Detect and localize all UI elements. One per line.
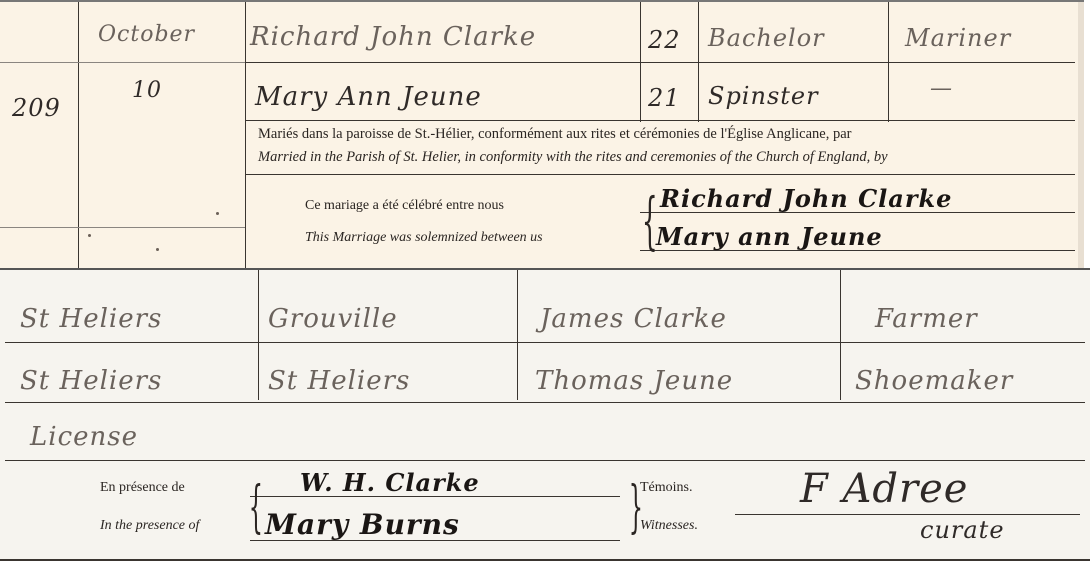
officiant-signature: F Adree: [800, 466, 968, 512]
faint-rule: [0, 62, 245, 63]
groom-father-name: James Clarke: [540, 304, 727, 334]
witness-1-signature: W. H. Clarke: [300, 468, 480, 497]
bride-occupation: —: [930, 76, 953, 101]
bride-signature: Mary ann Jeune: [656, 222, 883, 251]
marriage-by-license: License: [30, 422, 138, 452]
married-text-fr: Mariés dans la paroisse de St.-Hélier, c…: [258, 126, 852, 143]
groom-family-row-rule: [5, 342, 1085, 343]
bride-age: 21: [648, 84, 681, 112]
groom-signature: Richard John Clarke: [660, 184, 952, 213]
column-rule-father: [840, 270, 841, 400]
column-rule-number: [78, 2, 79, 270]
officiant-title: curate: [920, 516, 1005, 544]
ink-speck: [88, 234, 91, 237]
groom-condition: Bachelor: [708, 24, 825, 52]
entry-number: 209: [12, 94, 61, 122]
witnesses-text-en: Witnesses.: [640, 518, 698, 534]
groom-age: 22: [648, 26, 681, 54]
groom-row-rule: [245, 62, 1075, 63]
faint-rule-lower: [0, 227, 245, 228]
bride-residence: St Heliers: [20, 366, 162, 396]
bride-row-rule: [245, 120, 1075, 121]
license-rule: [5, 460, 1085, 461]
column-rule-birthplace: [517, 270, 518, 400]
witness-brace-left: {: [249, 480, 263, 536]
ink-speck: [156, 248, 159, 251]
presence-text-fr: En présence de: [100, 480, 185, 496]
ink-speck: [216, 212, 219, 215]
groom-occupation: Mariner: [905, 24, 1011, 52]
solemnized-text-fr: Ce mariage a été célébré entre nous: [305, 198, 504, 214]
marriage-day: 10: [132, 78, 162, 103]
groom-birthplace: Grouville: [268, 304, 398, 334]
bride-family-row-rule: [5, 402, 1085, 403]
column-rule-residence: [258, 270, 259, 400]
groom-father-occupation: Farmer: [875, 304, 978, 334]
witness-2-signature: Mary Burns: [265, 508, 460, 541]
presence-text-en: In the presence of: [100, 518, 199, 534]
solemnized-text-en: This Marriage was solemnized between us: [305, 230, 543, 246]
column-rule-date: [245, 2, 246, 270]
married-text-en: Married in the Parish of St. Helier, in …: [258, 149, 888, 166]
bride-father-name: Thomas Jeune: [535, 366, 733, 396]
marriage-month: October: [98, 22, 195, 47]
register-top-section: 209 October 10 Richard John Clarke 22 Ba…: [0, 0, 1084, 268]
bride-name: Mary Ann Jeune: [255, 82, 482, 112]
groom-name: Richard John Clarke: [250, 22, 536, 52]
witnesses-text-fr: Témoins.: [640, 480, 693, 496]
by-rule: [245, 174, 1075, 175]
bride-father-occupation: Shoemaker: [855, 366, 1013, 396]
groom-residence: St Heliers: [20, 304, 162, 334]
page-edge: [1078, 2, 1084, 270]
bride-condition: Spinster: [708, 82, 819, 110]
bride-birthplace: St Heliers: [268, 366, 410, 396]
register-bottom-section: St Heliers Grouville James Clarke Farmer…: [0, 268, 1090, 561]
officiant-line: [735, 514, 1080, 515]
